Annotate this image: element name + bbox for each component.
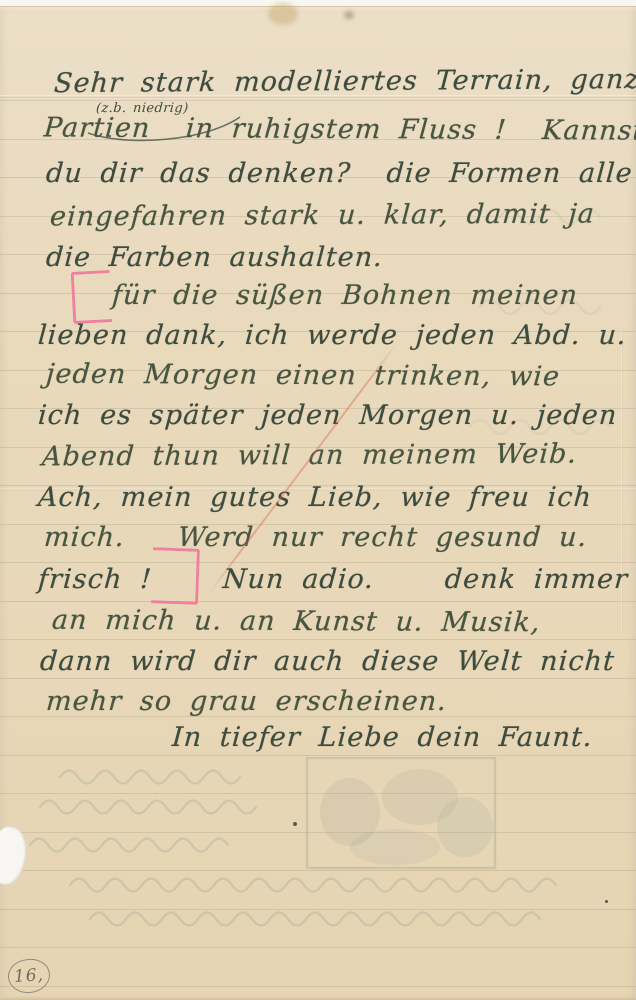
speck xyxy=(293,822,297,826)
letter-page: Sehr stark modelliertes Terrain, ganze (… xyxy=(0,6,636,1000)
pink-open-bracket-annotation xyxy=(71,270,113,324)
handwriting-line: frisch ! Nun adio. denk immer xyxy=(37,563,630,597)
pink-close-bracket-annotation xyxy=(151,547,200,605)
stain xyxy=(344,11,354,19)
stain xyxy=(268,3,298,25)
signature-line: In tiefer Liebe dein Faunt. xyxy=(171,721,594,755)
handwriting-line: jeden Morgen einen trinken, wie xyxy=(45,358,562,395)
handwriting-line: Partien in ruhigstem Fluss ! Kannst xyxy=(43,111,636,148)
handwriting-line: mich. Werd nur recht gesund u. xyxy=(43,521,589,555)
sketch-bleedthrough xyxy=(307,758,495,868)
scanned-letter: Sehr stark modelliertes Terrain, ganze (… xyxy=(0,0,636,1000)
speck xyxy=(605,900,608,903)
handwriting-line: Ach, mein gutes Lieb, wie freu ich xyxy=(37,481,593,515)
handwriting-line: Sehr stark modelliertes Terrain, ganze xyxy=(53,63,636,101)
handwriting-line: eingefahren stark u. klar, damit ja xyxy=(49,198,596,235)
handwriting-line: du dir das denken? die Formen alle xyxy=(45,157,634,191)
page-number-label: 16, xyxy=(13,965,44,987)
handwriting-line: lieben dank, ich werde jeden Abd. u. xyxy=(37,319,628,353)
handwriting-line: dann wird dir auch diese Welt nicht xyxy=(39,645,616,679)
handwriting-line: mehr so grau erscheinen. xyxy=(45,685,448,719)
handwriting-line: für die süßen Bohnen meinen xyxy=(111,279,579,313)
handwriting-line: an mich u. an Kunst u. Musik, xyxy=(51,604,542,641)
handwriting-line: ich es später jeden Morgen u. jeden xyxy=(37,399,619,433)
